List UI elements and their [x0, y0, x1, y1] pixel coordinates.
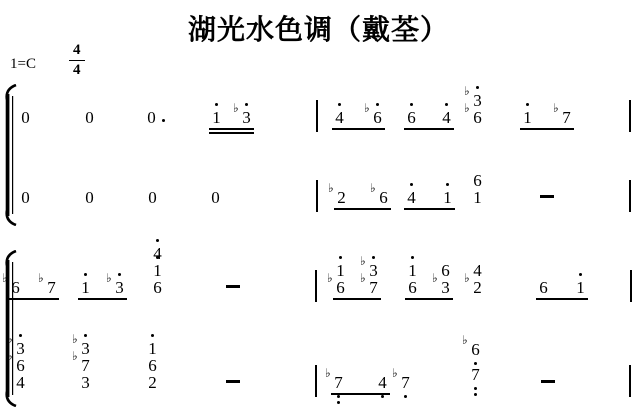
octave-dots-below — [474, 387, 477, 396]
beat: 3♭6♭ — [472, 92, 483, 126]
note-digit: 2 — [147, 374, 158, 391]
note: 4 — [377, 374, 388, 391]
chord: 3♭6♭4 — [15, 340, 26, 391]
note-digit: 4 — [441, 109, 452, 126]
note: 1 — [442, 189, 453, 206]
octave-dot-above — [445, 103, 448, 106]
beat: 0 — [20, 189, 31, 206]
chord: 6♭7 — [470, 341, 481, 391]
note-digit: 1 — [335, 262, 346, 279]
note-digit: 1 — [575, 279, 586, 296]
flat-icon: ♭ — [106, 272, 112, 284]
beam-line — [404, 208, 455, 210]
note-digit: 7♭ — [80, 357, 91, 374]
note-digit: 0 — [84, 109, 95, 126]
chord: 3♭7♭ — [368, 262, 379, 296]
beat: 42♭ — [472, 262, 483, 296]
flat-icon: ♭ — [462, 334, 468, 346]
dash-note — [226, 285, 240, 288]
flat-icon: ♭ — [464, 85, 470, 97]
note-digit: 7♭ — [46, 279, 57, 296]
barline — [629, 365, 631, 397]
rest-note: 0 — [20, 189, 31, 206]
note-digit: 7♭ — [400, 374, 411, 391]
beat-group: 46♭ — [334, 109, 383, 126]
beat: 3♭6♭4 — [15, 340, 26, 391]
note-digit: 0 — [147, 189, 158, 206]
octave-dot-above — [245, 103, 248, 106]
note: 3♭ — [114, 279, 125, 296]
flat-icon: ♭ — [72, 333, 78, 345]
beam-line — [536, 298, 588, 300]
note-digit: 4 — [152, 245, 163, 262]
octave-dot-above — [156, 239, 159, 242]
note: 6♭ — [378, 189, 389, 206]
chord: 16 — [407, 262, 418, 296]
beat: 0 — [147, 189, 158, 206]
chord: 63♭ — [440, 262, 451, 296]
note-digit: 6 — [407, 279, 418, 296]
beam-line — [404, 128, 454, 130]
beat — [226, 380, 240, 391]
chord: 3♭7♭3 — [80, 340, 91, 391]
note-digit: 0 — [146, 109, 157, 126]
note-digit: 0 — [20, 189, 31, 206]
octave-dot-above — [84, 273, 87, 276]
beat-group: 7♭4 — [333, 374, 388, 391]
note: 3♭ — [241, 109, 252, 126]
beat: 6♭7 — [470, 341, 481, 391]
note-digit: 4 — [406, 189, 417, 206]
rest-note: 0 — [20, 109, 31, 126]
note: 7♭ — [333, 374, 344, 391]
flat-icon: ♭ — [325, 367, 331, 379]
flat-icon: ♭ — [38, 272, 44, 284]
barline — [315, 270, 317, 302]
note-digit: 4 — [472, 262, 483, 279]
beam-line — [334, 208, 391, 210]
note-digit: 7♭ — [333, 374, 344, 391]
rest-note: 0 — [84, 109, 95, 126]
note: 1 — [522, 109, 533, 126]
rest-note: 0 — [146, 109, 165, 126]
time-signature: 4 4 — [69, 42, 85, 79]
augmentation-dot — [162, 119, 165, 122]
beam-line — [8, 298, 59, 300]
beat-group: 16♭3♭7♭ — [335, 262, 379, 296]
dash-note — [541, 380, 555, 383]
time-signature-denominator: 4 — [69, 61, 85, 79]
barline — [316, 180, 318, 212]
chord: 16♭ — [335, 262, 346, 296]
beat-group: 17♭ — [522, 109, 572, 126]
beat: 0 — [210, 189, 221, 206]
octave-dot-above — [339, 256, 342, 259]
flat-icon: ♭ — [7, 350, 13, 362]
flat-icon: ♭ — [72, 350, 78, 362]
barline — [629, 100, 631, 132]
octave-dot-above — [476, 86, 479, 89]
octave-dots-below — [337, 395, 340, 404]
beat-group: 6♭7♭ — [10, 279, 57, 296]
octave-dot-above — [372, 256, 375, 259]
beat — [540, 195, 554, 206]
note-digit: 3♭ — [440, 279, 451, 296]
note: 6 — [406, 109, 417, 126]
octave-dot-above — [84, 334, 87, 337]
barline — [315, 365, 317, 397]
note-digit: 3 — [80, 374, 91, 391]
note-digit: 1 — [407, 262, 418, 279]
note-digit: 6♭ — [472, 109, 483, 126]
barline — [630, 270, 632, 302]
note-digit: 0 — [20, 109, 31, 126]
beam-line — [333, 298, 381, 300]
flat-icon: ♭ — [553, 102, 559, 114]
note-digit: 3♭ — [368, 262, 379, 279]
note: 1 — [80, 279, 91, 296]
chord: 3♭6♭ — [472, 92, 483, 126]
note-digit: 6♭ — [372, 109, 383, 126]
flat-icon: ♭ — [360, 272, 366, 284]
beat-group: 13♭ — [80, 279, 125, 296]
key-signature: 1=C — [10, 56, 36, 73]
beam-line — [405, 298, 453, 300]
flat-icon: ♭ — [328, 182, 334, 194]
note-digit: 7♭ — [368, 279, 379, 296]
rest-note: 0 — [147, 189, 158, 206]
octave-dots-below — [404, 395, 407, 398]
octave-dot-above — [338, 103, 341, 106]
note-digit: 6♭ — [10, 279, 21, 296]
note-digit: 6 — [147, 357, 158, 374]
dash-note — [540, 195, 554, 198]
system-bracket-icon — [0, 84, 20, 226]
beat: 0 — [20, 109, 31, 126]
note-digit: 2♭ — [336, 189, 347, 206]
octave-dot-above — [410, 103, 413, 106]
note-digit: 1 — [472, 189, 483, 206]
note: 4 — [334, 109, 345, 126]
beat: 61 — [472, 172, 483, 206]
beat: 162 — [147, 340, 158, 391]
note-digit: 1 — [80, 279, 91, 296]
beam-line — [331, 393, 390, 395]
beam-line — [332, 128, 385, 130]
note-digit: 6♭ — [15, 357, 26, 374]
rest-note: 0 — [210, 189, 221, 206]
beat-group: 2♭6♭ — [336, 189, 389, 206]
beat — [226, 285, 240, 296]
flat-icon: ♭ — [2, 272, 8, 284]
note-digit: 3♭ — [15, 340, 26, 357]
beam-line — [209, 128, 254, 130]
note: 6♭ — [372, 109, 383, 126]
note-digit: 6♭ — [470, 341, 481, 358]
flat-icon: ♭ — [392, 367, 398, 379]
note: 7♭ — [400, 374, 411, 391]
octave-dot-above — [156, 256, 159, 259]
beat-group: 64 — [406, 109, 452, 126]
note-digit: 6 — [440, 262, 451, 279]
beam-line — [78, 298, 127, 300]
note: 6♭ — [10, 279, 21, 296]
score-title: 湖光水色调（戴荃） — [0, 8, 637, 48]
octave-dot-above — [118, 273, 121, 276]
note-digit: 1 — [147, 340, 158, 357]
note-digit: 6 — [538, 279, 549, 296]
note-digit: 2♭ — [472, 279, 483, 296]
flat-icon: ♭ — [233, 102, 239, 114]
flat-icon: ♭ — [370, 182, 376, 194]
note-digit: 4 — [334, 109, 345, 126]
beat-group: 13♭ — [211, 109, 252, 126]
note-digit: 3♭ — [472, 92, 483, 109]
octave-dot-above — [215, 103, 218, 106]
beat-group: 1663♭ — [407, 262, 451, 296]
beat: 0 — [84, 109, 95, 126]
note-digit: 6♭ — [335, 279, 346, 296]
note: 1 — [575, 279, 586, 296]
flat-icon: ♭ — [432, 272, 438, 284]
note: 1 — [211, 109, 222, 126]
note-digit: 4 — [15, 374, 26, 391]
beat — [541, 380, 555, 391]
octave-dot-above — [151, 334, 154, 337]
flat-icon: ♭ — [464, 272, 470, 284]
time-signature-numerator: 4 — [69, 42, 85, 61]
rest-note: 0 — [84, 189, 95, 206]
note-digit: 6 — [406, 109, 417, 126]
note-digit: 3♭ — [80, 340, 91, 357]
barline — [316, 100, 318, 132]
barline — [629, 180, 631, 212]
flat-icon: ♭ — [364, 102, 370, 114]
chord: 42♭ — [472, 262, 483, 296]
octave-dot-above — [376, 103, 379, 106]
note-digit: 0 — [84, 189, 95, 206]
note-digit: 4 — [377, 374, 388, 391]
octave-dot-above — [446, 183, 449, 186]
beam-line — [209, 132, 254, 134]
note: 4 — [406, 189, 417, 206]
note-digit: 7♭ — [561, 109, 572, 126]
flat-icon: ♭ — [327, 272, 333, 284]
beat: 7♭ — [400, 374, 411, 391]
note: 6 — [538, 279, 549, 296]
chord: 61 — [472, 172, 483, 206]
octave-dot-above — [410, 183, 413, 186]
note: 2♭ — [336, 189, 347, 206]
flat-icon: ♭ — [464, 102, 470, 114]
note-digit: 1 — [442, 189, 453, 206]
note: 7♭ — [46, 279, 57, 296]
octave-dots-below — [381, 395, 384, 398]
sheet-music-page: 湖光水色调（戴荃） 1=C 4 4 00013♭46♭643♭6♭17♭0000… — [0, 0, 637, 411]
flat-icon: ♭ — [360, 255, 366, 267]
beat: 416 — [152, 245, 163, 296]
note-digit: 1 — [152, 262, 163, 279]
beat: 3♭7♭3 — [80, 340, 91, 391]
beat-group: 41 — [406, 189, 453, 206]
octave-dot-above — [19, 334, 22, 337]
note-digit: 3♭ — [241, 109, 252, 126]
note-digit: 1 — [522, 109, 533, 126]
octave-dot-above — [411, 256, 414, 259]
note-digit: 3♭ — [114, 279, 125, 296]
octave-dot-above — [526, 103, 529, 106]
beat: 0 — [146, 109, 165, 126]
flat-icon: ♭ — [7, 333, 13, 345]
note-digit: 0 — [210, 189, 221, 206]
note: 4 — [441, 109, 452, 126]
note-digit: 7 — [470, 366, 481, 383]
chord: 162 — [147, 340, 158, 391]
octave-dot-above — [579, 273, 582, 276]
note-digit: 1 — [211, 109, 222, 126]
note-digit: 6 — [152, 279, 163, 296]
beat: 0 — [84, 189, 95, 206]
chord: 416 — [152, 245, 163, 296]
dash-note — [226, 380, 240, 383]
note-digit: 6 — [472, 172, 483, 189]
note-digit: 6♭ — [378, 189, 389, 206]
beam-line — [520, 128, 574, 130]
note: 7♭ — [561, 109, 572, 126]
beat-group: 61 — [538, 279, 586, 296]
